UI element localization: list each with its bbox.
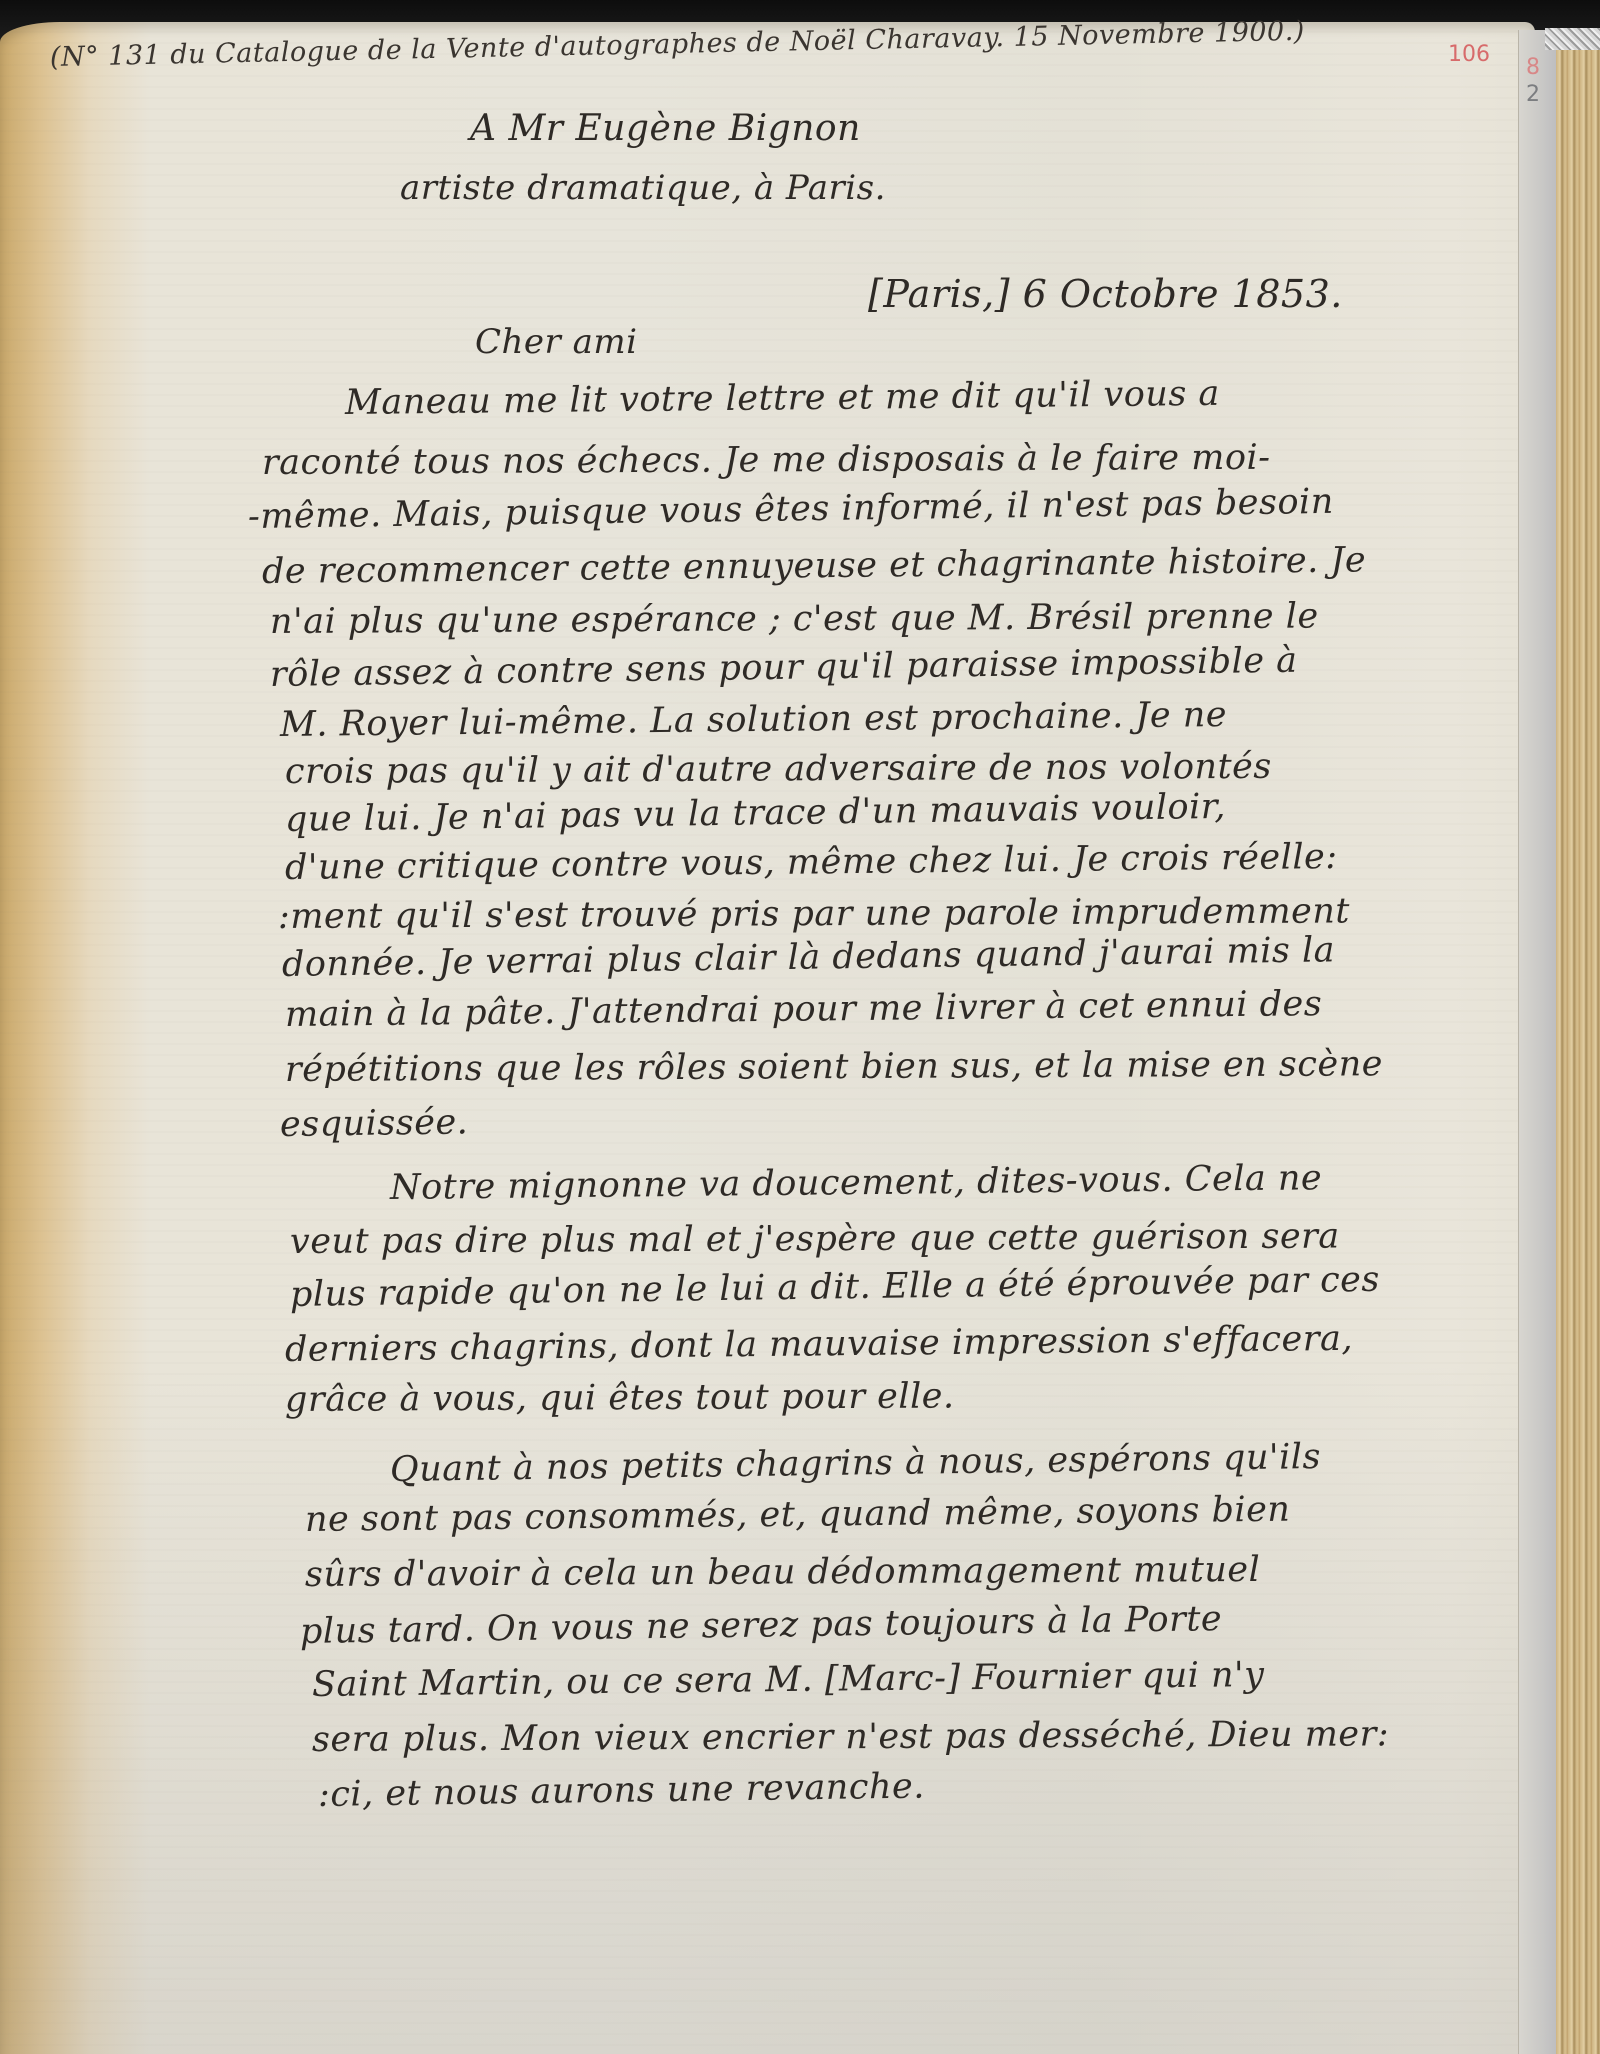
folio-mark: 8 [1526,55,1540,80]
letter-line: n'ai plus qu'une espérance ; c'est que M… [270,597,1319,642]
binding-foil [1545,28,1600,50]
letter-line: répétitions que les rôles soient bien su… [285,1044,1383,1090]
letter-line: grâce à vous, qui êtes tout pour elle. [285,1376,955,1420]
salutation: Cher ami [475,322,637,362]
folio-sub-number: 2 [1526,82,1540,107]
letter-line: :ci, et nous aurons une revanche. [318,1767,925,1815]
folio-number: 106 [1448,42,1490,67]
addressee: A Mr Eugène Bignon [470,108,861,149]
letter-line: crois pas qu'il y ait d'autre adversaire… [285,747,1272,792]
dateline: [Paris,] 6 Octobre 1853. [868,272,1343,316]
letter-line: veut pas dire plus mal et j'espère que c… [290,1217,1340,1262]
address-line: artiste dramatique, à Paris. [400,168,886,208]
letter-line: raconté tous nos échecs. Je me disposais… [262,438,1271,483]
letter-line: sera plus. Mon vieux encrier n'est pas d… [312,1714,1389,1760]
letter-line: sûrs d'avoir à cela un beau dédommagemen… [305,1550,1260,1595]
page-tab-strip [1518,30,1557,2054]
letter-line: esquissée. [280,1102,469,1145]
book-page-edges [1556,40,1600,2054]
letter-line: :ment qu'il s'est trouvé pris par une pa… [278,891,1350,937]
